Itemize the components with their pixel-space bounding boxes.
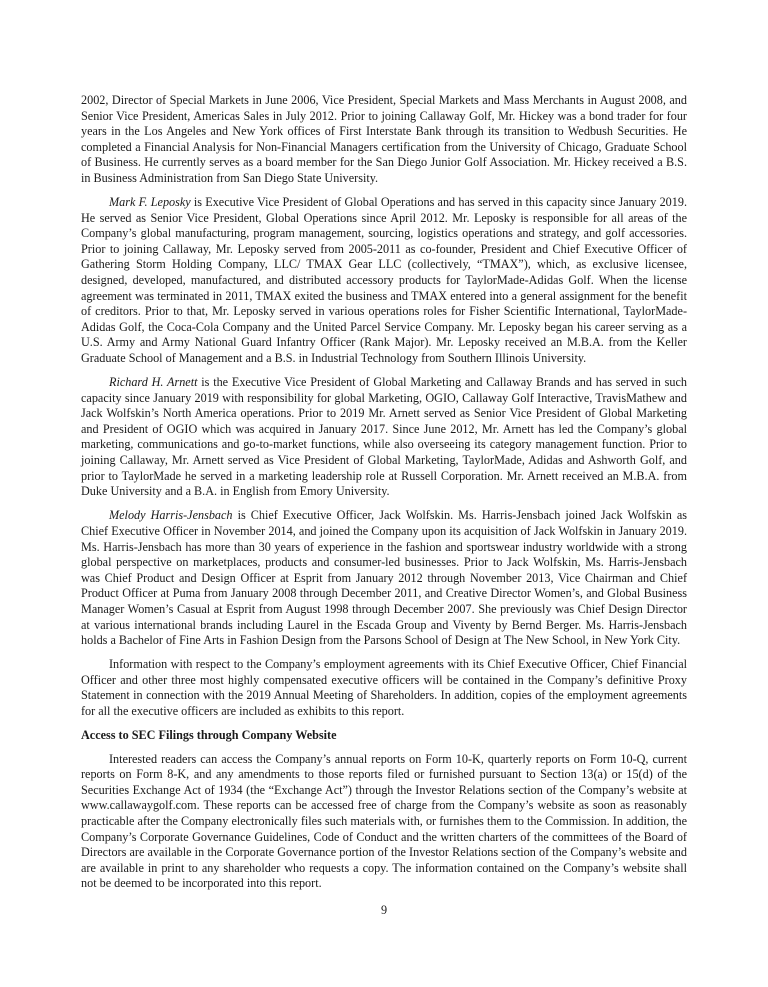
executive-name: Melody Harris-Jensbach bbox=[109, 508, 233, 522]
paragraph-hickey-continued: 2002, Director of Special Markets in Jun… bbox=[81, 93, 687, 187]
paragraph-harris-jensbach-bio: Melody Harris-Jensbach is Chief Executiv… bbox=[81, 508, 687, 648]
paragraph-arnett-bio: Richard H. Arnett is the Executive Vice … bbox=[81, 375, 687, 500]
executive-name: Mark F. Leposky bbox=[109, 195, 191, 209]
paragraph-text: Information with respect to the Company’… bbox=[81, 657, 687, 718]
page-number: 9 bbox=[0, 903, 768, 918]
paragraph-leposky-bio: Mark F. Leposky is Executive Vice Presid… bbox=[81, 195, 687, 367]
paragraph-text: is the Executive Vice President of Globa… bbox=[81, 375, 687, 498]
paragraph-text: Interested readers can access the Compan… bbox=[81, 752, 687, 891]
section-heading: Access to SEC Filings through Company We… bbox=[81, 728, 687, 744]
document-page: 2002, Director of Special Markets in Jun… bbox=[81, 93, 687, 901]
paragraph-employment-agreements: Information with respect to the Company’… bbox=[81, 657, 687, 719]
paragraph-text: is Executive Vice President of Global Op… bbox=[81, 195, 687, 365]
paragraph-text: 2002, Director of Special Markets in Jun… bbox=[81, 93, 687, 185]
paragraph-text: is Chief Executive Officer, Jack Wolfski… bbox=[81, 508, 687, 647]
executive-name: Richard H. Arnett bbox=[109, 375, 197, 389]
paragraph-sec-filings: Interested readers can access the Compan… bbox=[81, 752, 687, 892]
